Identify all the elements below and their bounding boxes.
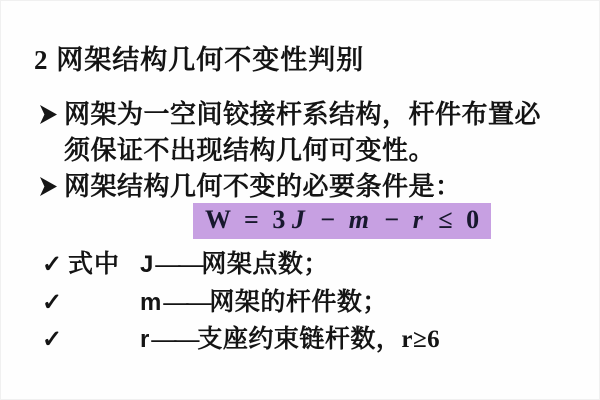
formula-operator: ≤: [438, 205, 452, 234]
check-icon: ✓: [42, 325, 68, 354]
definition-row: ✓ 式中 J —— 网架点数；: [42, 244, 440, 282]
bullet-item-1: 网架为一空间铰接杆系结构，杆件布置必 须保证不出现结构几何可变性。: [40, 97, 541, 169]
definition-prefix: 式中: [68, 244, 140, 280]
slide: 2 网架结构几何不变性判别 网架为一空间铰接杆系结构，杆件布置必 须保证不出现结…: [0, 0, 600, 400]
definition-list: ✓ 式中 J —— 网架点数； ✓ m —— 网架的杆件数； ✓ r —— 支座…: [42, 244, 440, 357]
definition-row: ✓ m —— 网架的杆件数；: [42, 282, 440, 320]
definition-description: 支座约束链杆数，r≥6: [197, 319, 440, 355]
definition-dash: ——: [155, 251, 201, 279]
formula-highlight: W = 3 J − m − r ≤ 0: [193, 203, 491, 239]
definition-symbol: r: [140, 326, 151, 354]
check-icon: ✓: [42, 288, 68, 317]
formula-term: 0: [466, 205, 479, 234]
formula-term: 3: [272, 205, 285, 234]
formula-operator: −: [384, 205, 399, 234]
definition-symbol: m: [140, 289, 163, 317]
bullet-line: 须保证不出现结构几何可变性。: [64, 133, 541, 169]
formula-operator: −: [320, 205, 335, 234]
definition-dash: ——: [163, 289, 209, 317]
definition-description: 网架的杆件数；: [209, 282, 388, 318]
bullet-line: 网架结构几何不变的必要条件是：: [64, 169, 462, 205]
bullet-item-2: 网架结构几何不变的必要条件是：: [40, 169, 462, 205]
definition-row: ✓ r —— 支座约束链杆数，r≥6: [42, 319, 440, 357]
slide-title: 2 网架结构几何不变性判别: [34, 38, 364, 77]
bullet-text: 网架结构几何不变的必要条件是：: [64, 169, 462, 205]
formula-term: r: [413, 205, 425, 234]
arrow-bullet-icon: [40, 105, 57, 124]
bullet-text: 网架为一空间铰接杆系结构，杆件布置必 须保证不出现结构几何可变性。: [64, 97, 541, 169]
formula-term: W: [205, 205, 231, 234]
formula-operator: =: [244, 205, 259, 234]
arrow-bullet-icon: [40, 177, 57, 196]
formula-term: J: [292, 205, 307, 234]
formula-term: m: [349, 205, 371, 234]
bullet-line: 网架为一空间铰接杆系结构，杆件布置必: [64, 97, 541, 133]
definition-description: 网架点数；: [201, 244, 329, 280]
check-icon: ✓: [42, 250, 68, 279]
definition-symbol: J: [140, 251, 155, 279]
definition-dash: ——: [151, 326, 197, 354]
